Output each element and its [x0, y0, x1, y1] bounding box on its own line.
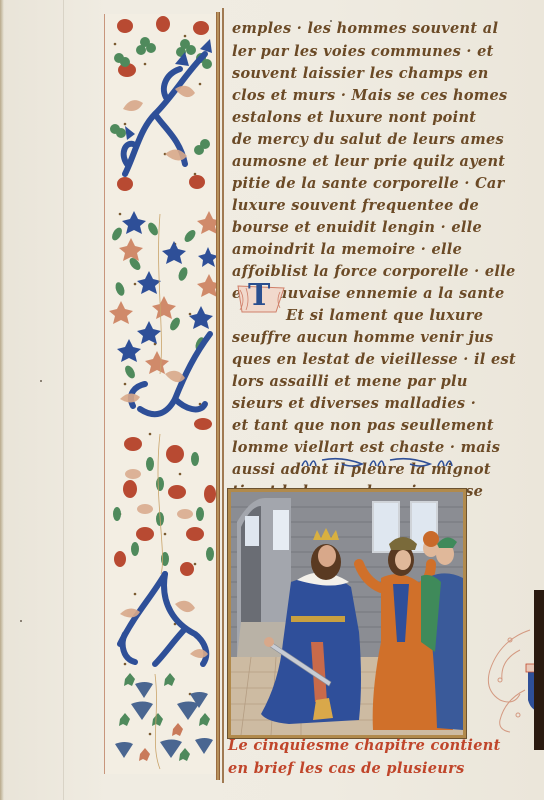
text-line: et tant que non pas seullement	[232, 417, 494, 434]
text-column-rule	[222, 8, 224, 783]
text-line: aumosne et leur prie quilz ayent	[232, 153, 505, 170]
text-line: emples · les hommes souvent al	[232, 20, 498, 37]
penwork-initial: T	[236, 282, 288, 316]
text-line: ler par les voies communes · et	[232, 43, 494, 60]
acanthus-border-icon	[105, 14, 217, 774]
text-line: pitie de la sante corporelle · Car	[232, 175, 505, 192]
gold-border-rule	[216, 12, 220, 780]
text-line: luxure souvent frequentee de	[232, 197, 479, 214]
text-line: sieurs et diverses malladies ·	[232, 395, 476, 412]
rubric-line: en brief les cas de plusieurs	[228, 760, 465, 777]
line-filler-icon	[300, 454, 460, 468]
text-line: bourse et enuidit lengin · elle	[232, 219, 482, 236]
page-gutter-shadow	[0, 0, 4, 800]
text-line: seuffre aucun homme venir jus	[232, 329, 493, 346]
text-line: clos et murs · Mais se ces homes	[232, 87, 507, 104]
parchment-speck	[40, 380, 42, 382]
manuscript-page: emples · les hommes souvent al ler par l…	[0, 0, 544, 800]
decorated-border	[104, 14, 217, 774]
rubric-line: Le cinquiesme chapitre contient	[228, 737, 501, 754]
text-line: lors assailli et mene par plu	[232, 373, 468, 390]
initial-letter: T	[248, 278, 270, 313]
text-line: ques en lestat de vieillesse · il est	[232, 351, 516, 368]
king-with-sword-miniature-icon	[231, 492, 463, 735]
adjacent-page-edge	[534, 590, 544, 750]
text-line: affoiblist la force corporelle · elle	[232, 263, 515, 280]
text-line: souvent laissier les champs en	[232, 65, 489, 82]
text-line: de mercy du salut de leurs ames	[232, 131, 504, 148]
text-line: estalons et luxure nont point	[232, 109, 476, 126]
parchment-speck	[470, 470, 472, 472]
margin-ruling-line	[63, 0, 64, 800]
text-line: Et si lament que luxure	[286, 307, 483, 324]
parchment-speck	[20, 620, 22, 622]
miniature-illustration	[228, 489, 466, 738]
parchment-speck	[330, 20, 332, 22]
parchment-speck	[500, 140, 502, 142]
penwork-margin-flourish-icon	[470, 620, 544, 740]
text-line: amoindrit la memoire · elle	[232, 241, 462, 258]
